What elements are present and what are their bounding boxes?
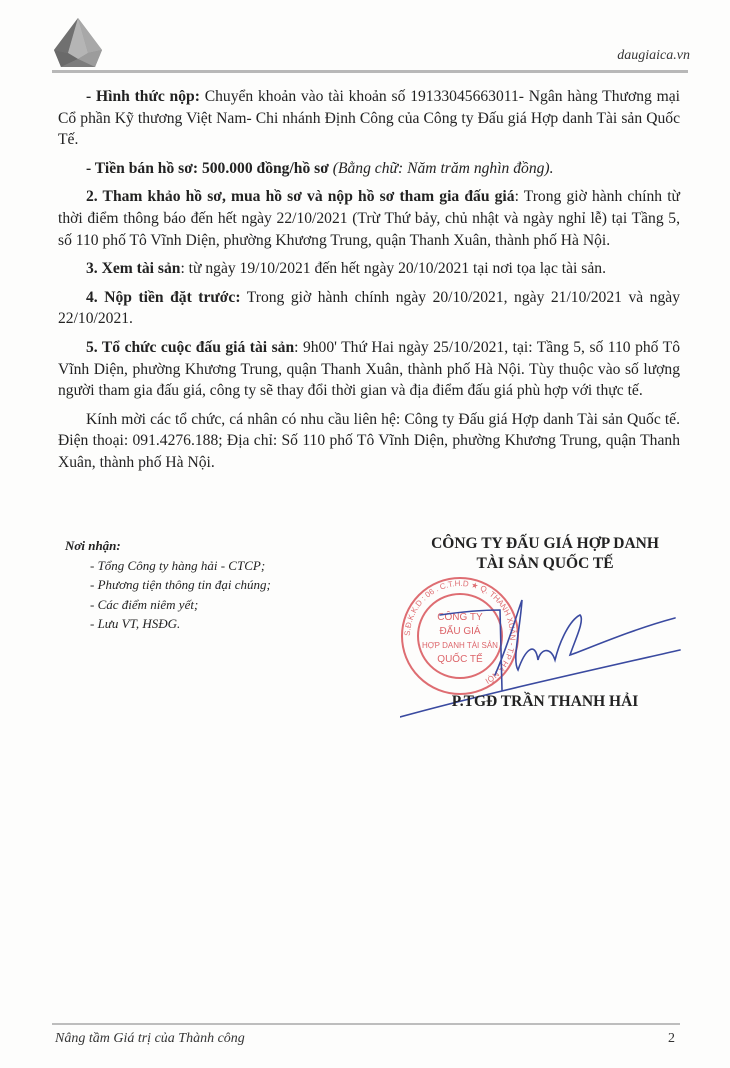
page-number: 2 — [668, 1031, 675, 1047]
section-3-label: 3. Xem tài sản — [86, 260, 180, 277]
section-2-label: 2. Tham khảo hồ sơ, mua hồ sơ và nộp hồ … — [86, 188, 515, 205]
recipient-item: - Lưu VT, HSĐG. — [65, 614, 271, 634]
diamond-logo-icon — [50, 15, 106, 71]
website-label: daugiaica.vn — [617, 48, 690, 64]
document-body: - Hình thức nộp: Chuyển khoản vào tài kh… — [58, 86, 680, 481]
recipients-block: Nơi nhận: - Tổng Công ty hàng hải - CTCP… — [65, 536, 271, 634]
section-2: 2. Tham khảo hồ sơ, mua hồ sơ và nộp hồ … — [58, 186, 680, 251]
section-4: 4. Nộp tiền đặt trước: Trong giờ hành ch… — [58, 287, 680, 330]
recipient-item: - Phương tiện thông tin đại chúng; — [65, 575, 271, 595]
section-3: 3. Xem tài sản: từ ngày 19/10/2021 đến h… — [58, 258, 680, 280]
fee-words: (Bằng chữ: Năm trăm nghìn đồng). — [329, 160, 554, 177]
payment-label: - Hình thức nộp: — [86, 88, 200, 105]
signature-company: CÔNG TY ĐẤU GIÁ HỢP DANH TÀI SẢN QUỐC TẾ — [400, 534, 690, 574]
payment-method: - Hình thức nộp: Chuyển khoản vào tài kh… — [58, 86, 680, 151]
footer-slogan: Nâng tầm Giá trị của Thành công — [55, 1031, 245, 1047]
company-line-2: TÀI SẢN QUỐC TẾ — [400, 554, 690, 574]
dossier-fee: - Tiền bán hồ sơ: 500.000 đồng/hồ sơ (Bằ… — [58, 158, 680, 180]
section-5: 5. Tổ chức cuộc đấu giá tài sản: 9h00' T… — [58, 337, 680, 402]
invitation: Kính mời các tổ chức, cá nhân có nhu cầu… — [58, 409, 680, 474]
recipient-item: - Các điểm niêm yết; — [65, 595, 271, 615]
recipients-title: Nơi nhận: — [65, 536, 271, 556]
signer-name: P.TGĐ TRẦN THANH HẢI — [400, 693, 690, 711]
fee-label: - Tiền bán hồ sơ: 500.000 đồng/hồ sơ — [86, 160, 329, 177]
company-line-1: CÔNG TY ĐẤU GIÁ HỢP DANH — [400, 534, 690, 554]
recipient-item: - Tổng Công ty hàng hải - CTCP; — [65, 556, 271, 576]
section-5-label: 5. Tổ chức cuộc đấu giá tài sản — [86, 339, 294, 356]
footer-divider — [52, 1023, 680, 1025]
section-4-label: 4. Nộp tiền đặt trước: — [86, 289, 241, 306]
section-3-text: : từ ngày 19/10/2021 đến hết ngày 20/10/… — [180, 260, 606, 277]
header-divider — [52, 70, 688, 73]
